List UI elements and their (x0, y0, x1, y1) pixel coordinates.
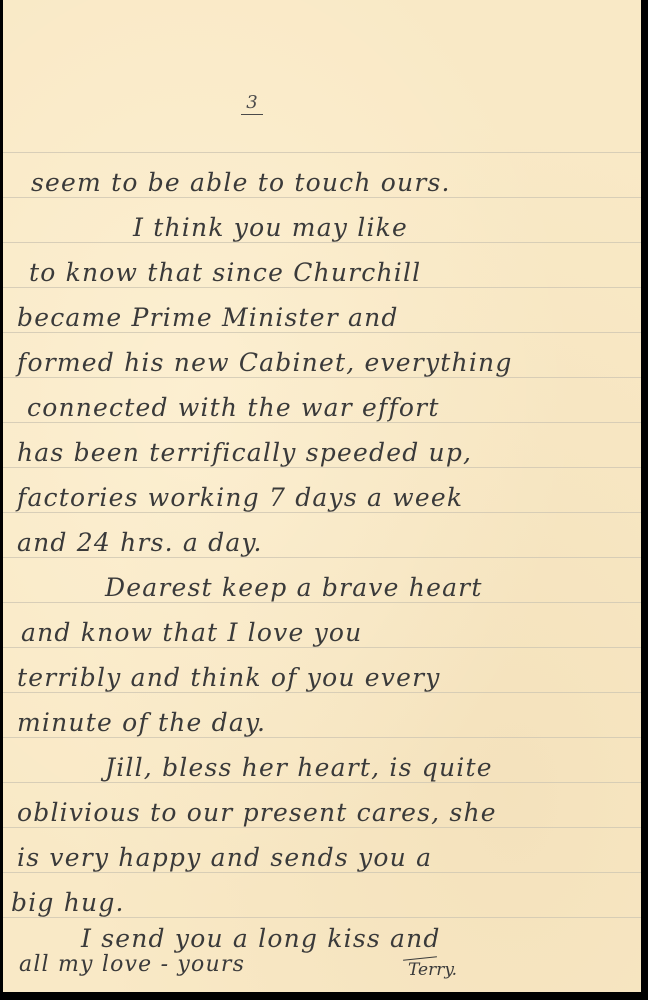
letter-line: to know that since Churchill (29, 258, 641, 288)
letter-line: and know that I love you (21, 618, 641, 648)
letter-line: minute of the day. (17, 708, 641, 738)
letter-line: big hug. (11, 888, 641, 918)
letter-line: has been terrifically speeded up, (17, 438, 641, 468)
letter-line: is very happy and sends you a (17, 843, 641, 873)
letter-line: Jill, bless her heart, is quite (3, 753, 641, 783)
letter-line: Dearest keep a brave heart (3, 573, 641, 603)
letter-line: terribly and think of you every (17, 663, 641, 693)
ruled-line (3, 152, 641, 153)
letter-line: connected with the war effort (27, 393, 641, 423)
letter-line: I think you may like (31, 213, 641, 243)
letter-line: became Prime Minister and (17, 303, 641, 333)
letter-line: factories working 7 days a week (17, 483, 641, 513)
letter-line: oblivious to our present cares, she (17, 798, 641, 828)
signature: Terry. (408, 960, 457, 980)
letter-line: and 24 hrs. a day. (17, 528, 641, 558)
letter-page: 3 seem to be able to touch ours. I think… (3, 0, 641, 992)
page-number: 3 (241, 92, 263, 115)
letter-line: all my love - yours (19, 950, 641, 980)
letter-line: seem to be able to touch ours. (31, 168, 641, 198)
letter-line: formed his new Cabinet, everything (17, 348, 641, 378)
